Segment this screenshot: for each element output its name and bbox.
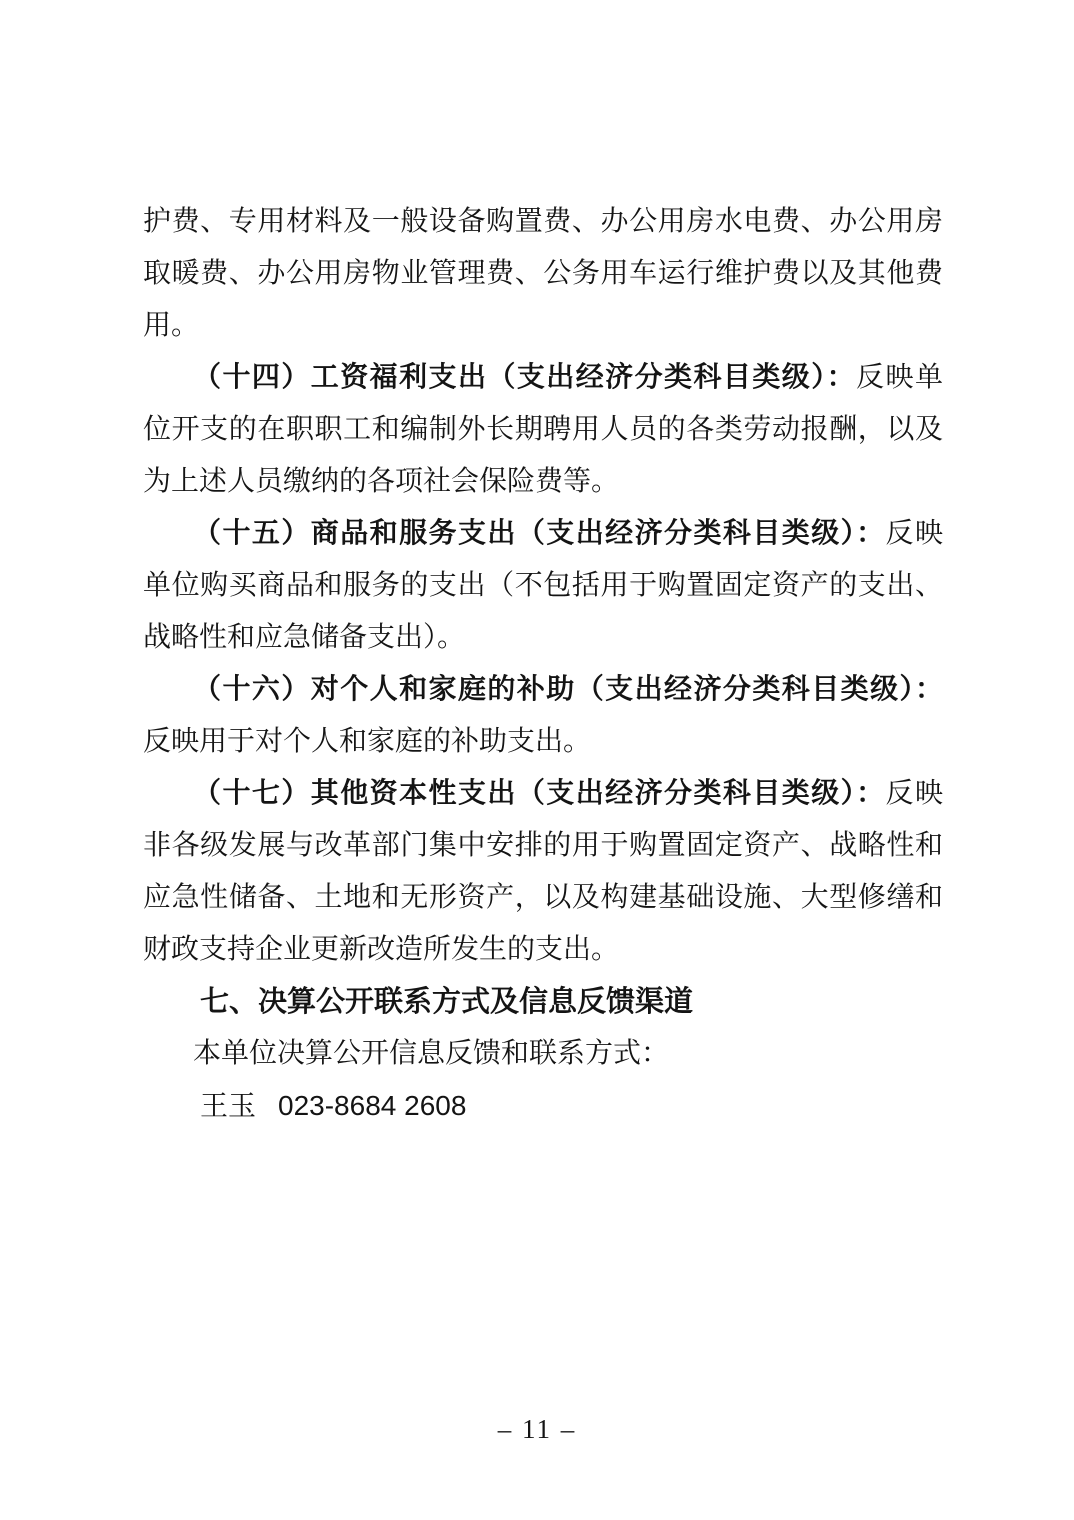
- term-label: （十四）工资福利支出（支出经济分类科目类级）：: [193, 362, 856, 393]
- text-segment: 本单位决算公开信息反馈和联系方式：: [193, 1038, 669, 1069]
- term-label: （十五）商品和服务支出（支出经济分类科目类级）：: [193, 518, 886, 549]
- text-segment: 反映用于对个人和家庭的补助支出。: [143, 726, 591, 757]
- contact-phone: 023-8684 2608: [278, 1090, 466, 1121]
- text-line-7: （十五）商品和服务支出（支出经济分类科目类级）：反映: [143, 508, 943, 560]
- document-body: 护费、专用材料及一般设备购置费、办公用房水电费、办公用房取暖费、办公用房物业管理…: [143, 196, 943, 1132]
- text-segment: 反映: [886, 518, 943, 549]
- text-line-10: （十六）对个人和家庭的补助（支出经济分类科目类级）：: [143, 664, 943, 716]
- text-segment: 战略性和应急储备支出）。: [143, 622, 465, 653]
- text-line-6: 为上述人员缴纳的各项社会保险费等。: [143, 456, 943, 508]
- text-line-11: 反映用于对个人和家庭的补助支出。: [143, 716, 943, 768]
- text-line-5: 位开支的在职职工和编制外长期聘用人员的各类劳动报酬，以及: [143, 404, 943, 456]
- text-line-9: 战略性和应急储备支出）。: [143, 612, 943, 664]
- text-line-4: （十四）工资福利支出（支出经济分类科目类级）：反映单: [143, 352, 943, 404]
- text-line-18: 王玉023-8684 2608: [143, 1080, 943, 1132]
- text-segment: 为上述人员缴纳的各项社会保险费等。: [143, 466, 619, 497]
- text-segment: 王玉: [200, 1091, 256, 1122]
- term-label: 七、决算公开联系方式及信息反馈渠道: [200, 986, 693, 1018]
- text-line-1: 护费、专用材料及一般设备购置费、办公用房水电费、办公用房: [143, 196, 943, 248]
- page-number: – 11 –: [0, 1414, 1074, 1445]
- text-line-2: 取暖费、办公用房物业管理费、公务用车运行维护费以及其他费: [143, 248, 943, 300]
- text-line-15: 财政支持企业更新改造所发生的支出。: [143, 924, 943, 976]
- text-segment: 财政支持企业更新改造所发生的支出。: [143, 934, 619, 965]
- text-segment: 反映: [886, 778, 943, 809]
- term-label: （十七）其他资本性支出（支出经济分类科目类级）：: [193, 778, 886, 809]
- text-line-14: 应急性储备、土地和无形资产，以及构建基础设施、大型修缮和: [143, 872, 943, 924]
- text-segment: 单位购买商品和服务的支出（不包括用于购置固定资产的支出、: [143, 570, 943, 601]
- text-line-8: 单位购买商品和服务的支出（不包括用于购置固定资产的支出、: [143, 560, 943, 612]
- text-segment: 应急性储备、土地和无形资产，以及构建基础设施、大型修缮和: [143, 882, 943, 913]
- text-segment: 非各级发展与改革部门集中安排的用于购置固定资产、战略性和: [143, 830, 943, 861]
- text-line-13: 非各级发展与改革部门集中安排的用于购置固定资产、战略性和: [143, 820, 943, 872]
- text-line-17: 本单位决算公开信息反馈和联系方式：: [143, 1028, 943, 1080]
- term-label: （十六）对个人和家庭的补助（支出经济分类科目类级）：: [193, 674, 943, 705]
- text-segment: 取暖费、办公用房物业管理费、公务用车运行维护费以及其他费: [143, 258, 943, 289]
- text-segment: 位开支的在职职工和编制外长期聘用人员的各类劳动报酬，以及: [143, 414, 943, 445]
- text-segment: 护费、专用材料及一般设备购置费、办公用房水电费、办公用房: [143, 206, 943, 237]
- text-line-16: 七、决算公开联系方式及信息反馈渠道: [143, 976, 943, 1028]
- text-segment: 反映单: [856, 362, 943, 393]
- text-line-3: 用。: [143, 300, 943, 352]
- text-line-12: （十七）其他资本性支出（支出经济分类科目类级）：反映: [143, 768, 943, 820]
- text-segment: 用。: [143, 310, 199, 341]
- document-page: 护费、专用材料及一般设备购置费、办公用房水电费、办公用房取暖费、办公用房物业管理…: [0, 0, 1074, 1520]
